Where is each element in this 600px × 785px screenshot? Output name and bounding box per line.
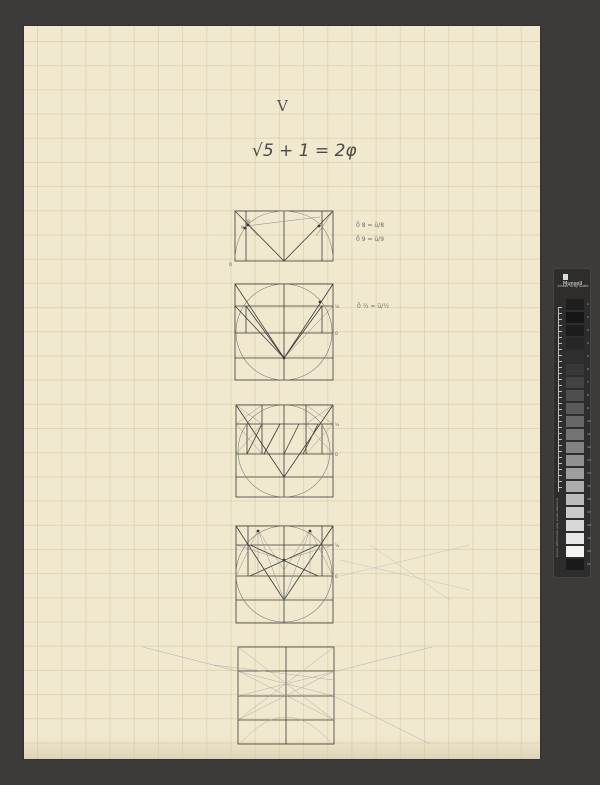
patch-number: 5	[587, 354, 589, 358]
gray-patch	[566, 390, 584, 401]
side-label: ½	[335, 303, 340, 310]
patch-number: 19	[587, 536, 591, 540]
patch-number: 18	[587, 523, 591, 527]
card-title: Linear Gray Scale	[556, 284, 590, 288]
gray-patch	[566, 442, 584, 453]
patch-number: 8	[587, 393, 589, 397]
patch-number: 1	[587, 302, 589, 306]
gray-patch	[566, 312, 584, 323]
patch-number: 13	[587, 458, 591, 462]
gray-patch	[566, 520, 584, 531]
patch-number: 6	[587, 367, 589, 371]
geometric-drawings: 8 9 0 ½ 0 ½ 0 ½ 0	[0, 0, 600, 785]
patch-number: 11	[587, 432, 591, 436]
point-label: 8	[247, 219, 250, 225]
patch-number: 2	[587, 315, 589, 319]
gray-patch	[566, 546, 584, 557]
munsell-logo: Munsell	[563, 274, 585, 281]
gray-scale-color-card: Munsell Linear Gray Scale Linear reflect…	[553, 268, 591, 578]
patch-number: 10	[587, 419, 591, 423]
patch-number: 15	[587, 484, 591, 488]
gray-patch	[566, 507, 584, 518]
gray-patch	[566, 364, 584, 375]
faint-construction-lines	[340, 545, 470, 600]
patch-number: 3	[587, 328, 589, 332]
logo-icon	[563, 274, 568, 280]
gray-patch	[566, 338, 584, 349]
figure-1	[235, 211, 333, 261]
patch-number: 7	[587, 380, 589, 384]
figure-2	[235, 284, 333, 380]
gray-patch	[566, 299, 584, 310]
gray-patch	[566, 455, 584, 466]
side-label: ½	[335, 542, 340, 549]
point-label: 9	[241, 225, 244, 231]
gray-patch	[566, 494, 584, 505]
gray-patch	[566, 533, 584, 544]
side-label: 0	[335, 574, 338, 580]
figure-5	[143, 647, 432, 744]
patch-number: 16	[587, 497, 591, 501]
patch-number: 17	[587, 510, 591, 514]
figure-1-note-2: 0̄ 9 = ū/9	[356, 236, 384, 243]
figure-1-note-1: 0̄ 8 = ū/8	[356, 222, 384, 229]
side-label: ½	[335, 421, 340, 428]
patch-number: 12	[587, 445, 591, 449]
side-label: 0	[335, 452, 338, 458]
card-ruler	[558, 307, 563, 492]
patch-number: 14	[587, 471, 591, 475]
gray-patch	[566, 377, 584, 388]
figure-3	[236, 405, 333, 497]
patch-number: 21	[587, 562, 591, 566]
patch-number: 4	[587, 341, 589, 345]
point-label: 0	[229, 262, 232, 268]
gray-patch	[566, 481, 584, 492]
gray-patch	[566, 351, 584, 362]
figure-4	[236, 526, 333, 623]
card-side-text: Linear reflectance gray scale reference	[555, 497, 563, 557]
gray-patch	[566, 325, 584, 336]
figure-2-note: 0̄ ½ = ū/½	[357, 303, 389, 310]
gray-patch	[566, 416, 584, 427]
patch-number: 9	[587, 406, 589, 410]
gray-patch	[566, 468, 584, 479]
gray-patch	[566, 429, 584, 440]
gray-patch	[566, 403, 584, 414]
gray-patch	[566, 559, 584, 570]
side-label: 0	[335, 331, 338, 337]
patch-number: 20	[587, 549, 591, 553]
